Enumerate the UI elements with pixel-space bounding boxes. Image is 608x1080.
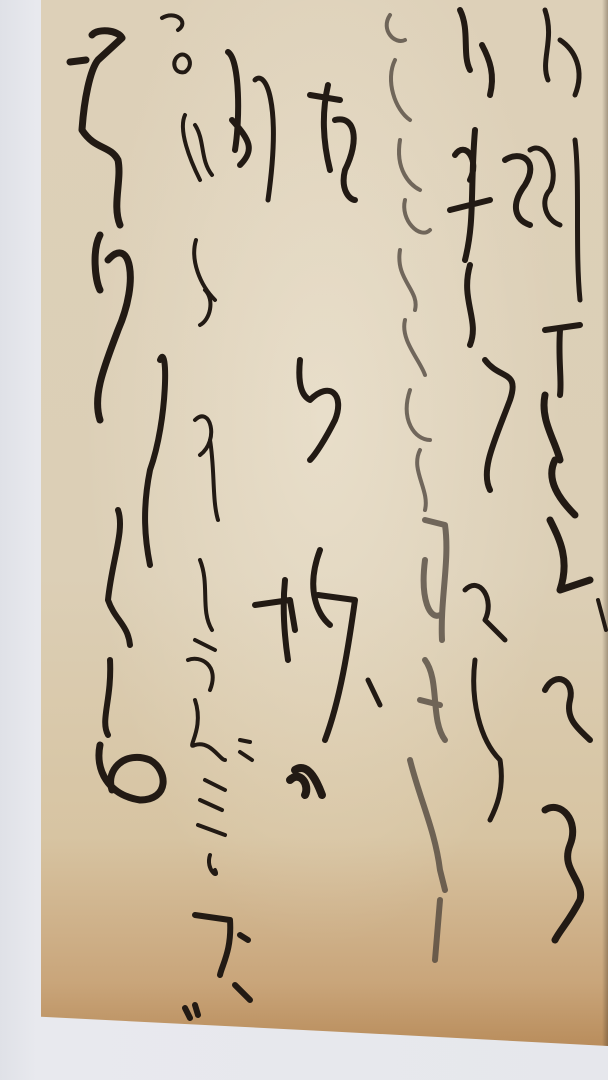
column-5-text: …の中に …をとこ…ゑつ …さよきて…で — [185, 20, 214, 1020]
column-1-text: …様 …ず 御 …申 候 …あ 事 — [540, 20, 569, 940]
column-6-text: つかいもし 蔵 — [90, 40, 119, 820]
column-4-text: さ…たら 様ハ — [290, 60, 319, 820]
column-2-text: …へ …にて 御 …より — [460, 20, 489, 840]
column-3-text: …ゆめて めされ …の …より …ど — [400, 20, 429, 980]
